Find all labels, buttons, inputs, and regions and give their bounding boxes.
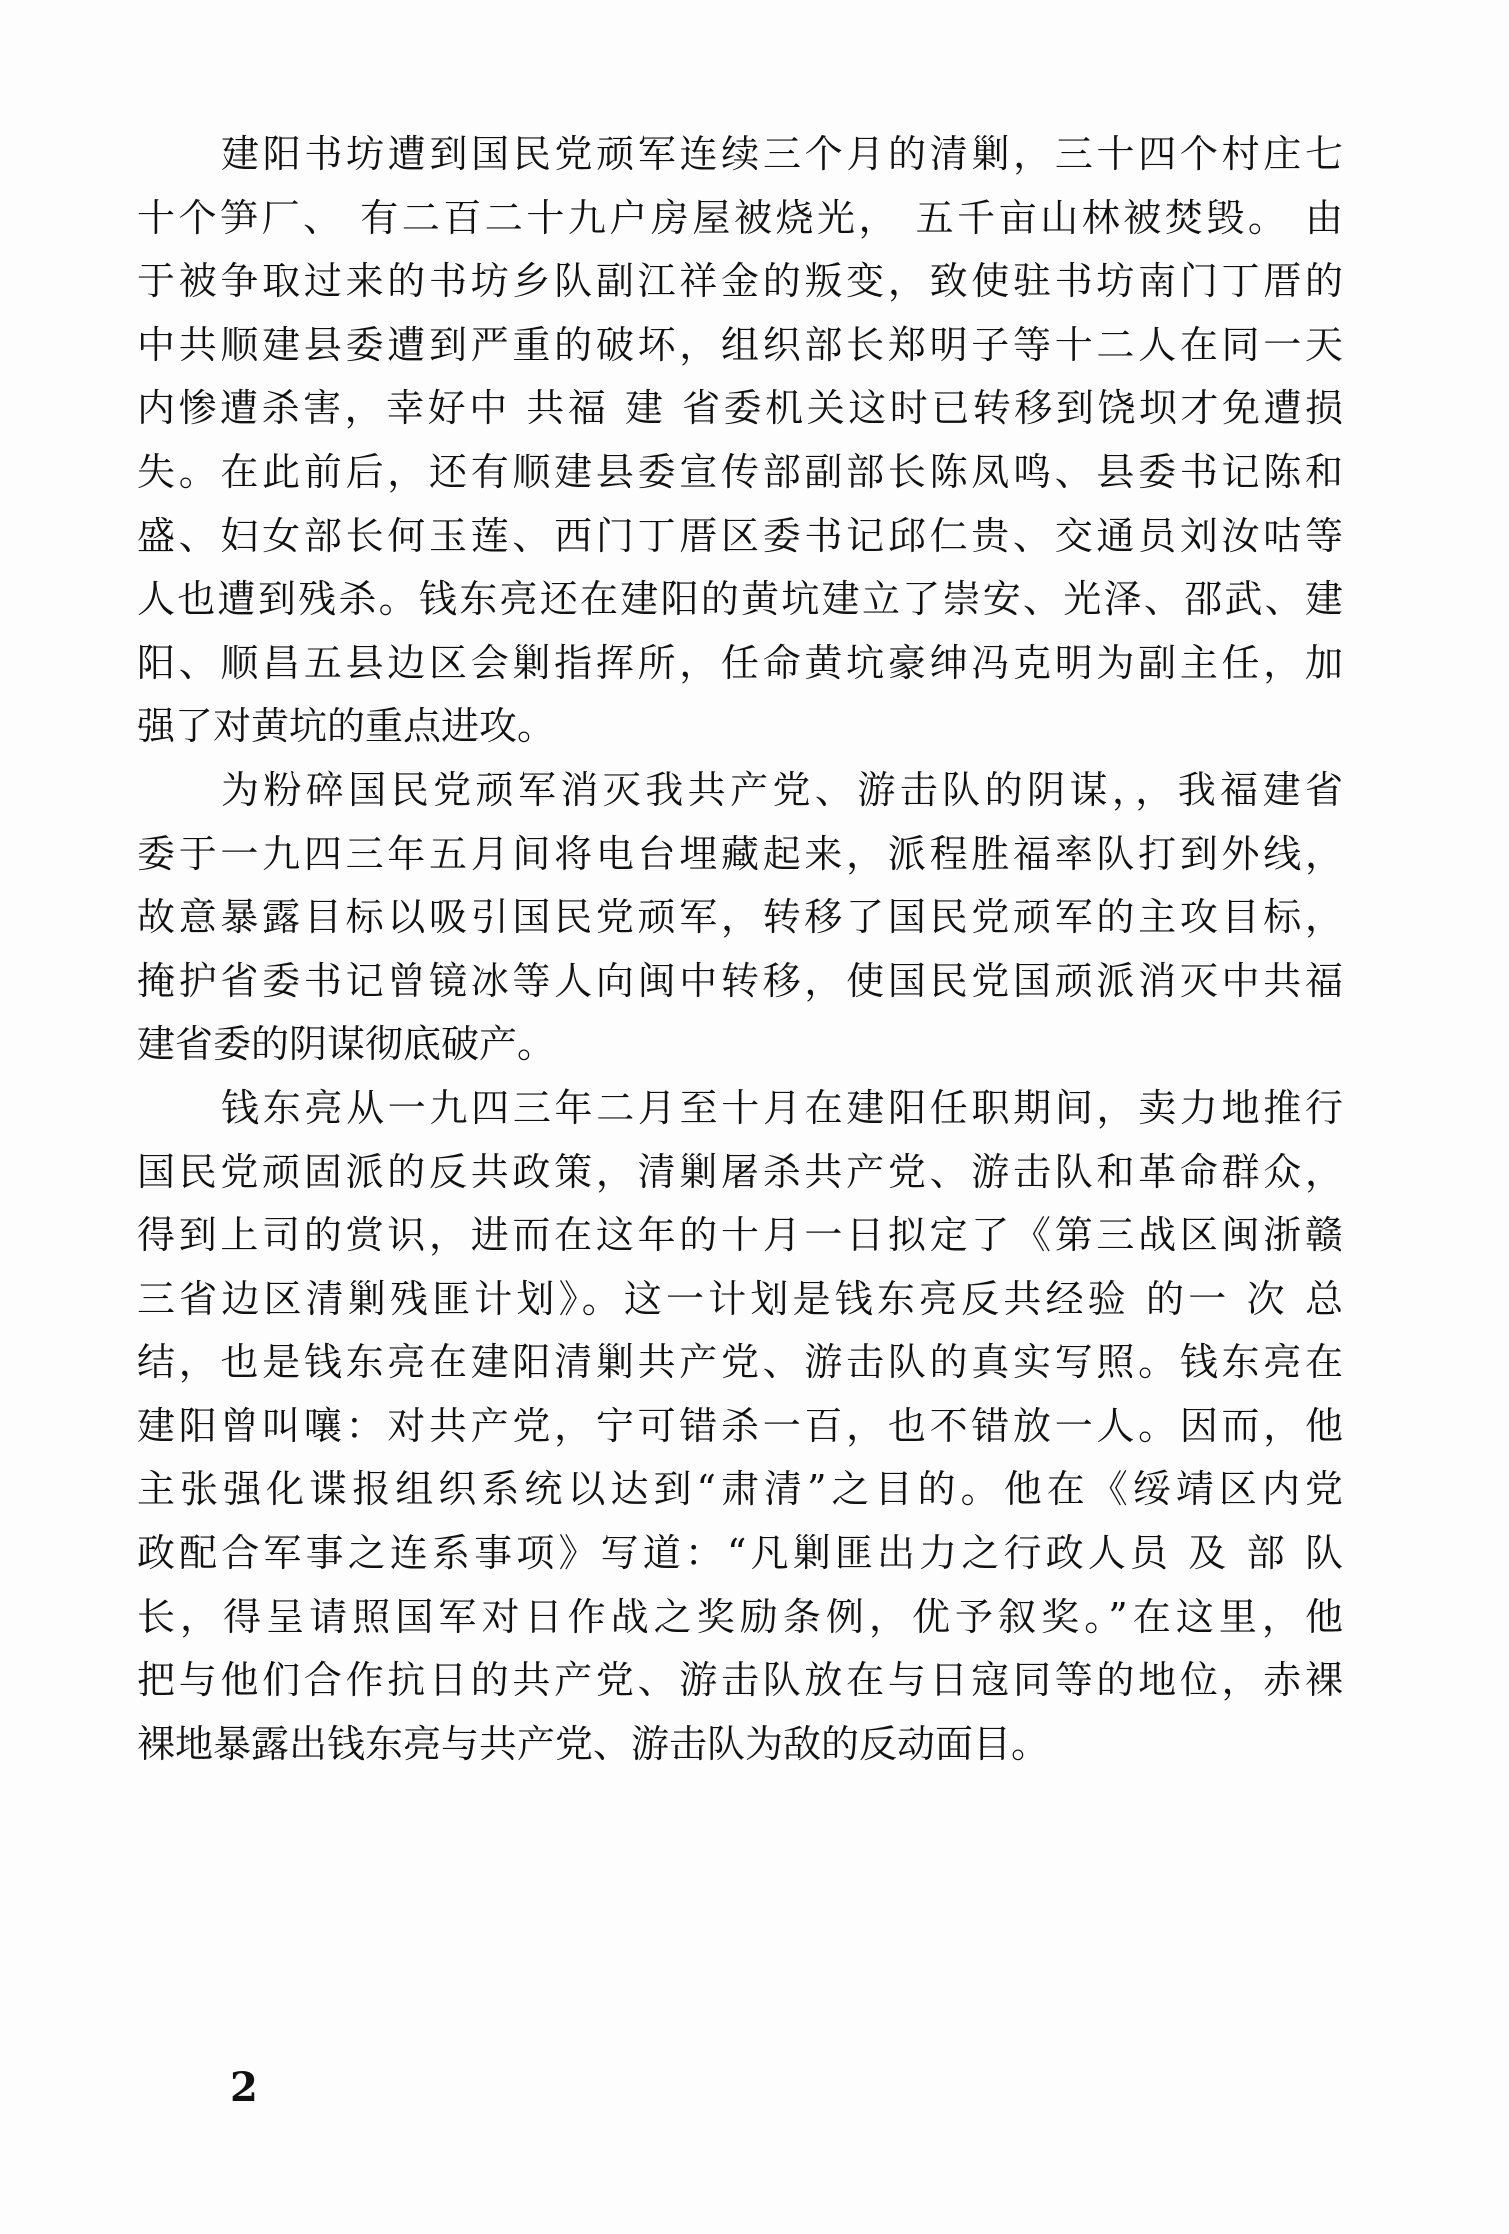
text-line: 建省委的阴谋彻底破产。 [137, 1018, 1343, 1082]
paragraph-1: 建阳书坊遭到国民党顽军连续三个月的清剿，三十四个村庄七 十个笋厂、 有二百二十九… [137, 128, 1343, 764]
text-line: 人也遭到残杀。钱东亮还在建阳的黄坑建立了崇安、光泽、邵武、建 [137, 573, 1343, 637]
text-line: 把与他们合作抗日的共产党、游击队放在与日寇同等的地位，赤裸 [137, 1654, 1343, 1718]
text-line: 盛、妇女部长何玉莲、西门丁厝区委书记邱仁贵、交通员刘汝咕等 [137, 510, 1343, 574]
text-line: 钱东亮从一九四三年二月至十月在建阳任职期间，卖力地推行 [137, 1082, 1343, 1146]
text-line: 国民党顽固派的反共政策，清剿屠杀共产党、游击队和革命群众， [137, 1146, 1343, 1210]
text-line: 阳、顺昌五县边区会剿指挥所，任命黄坑豪绅冯克明为副主任，加 [137, 637, 1343, 701]
text-line: 裸地暴露出钱东亮与共产党、游击队为敌的反动面目。 [137, 1718, 1343, 1782]
text-line: 三省边区清剿残匪计划》。这一计划是钱东亮反共经验 的一 次 总 [137, 1273, 1343, 1337]
text-line: 委于一九四三年五月间将电台埋藏起来，派程胜福率队打到外线， [137, 828, 1343, 892]
text-line: 十个笋厂、 有二百二十九户房屋被烧光， 五千亩山林被焚毁。 由 [137, 192, 1343, 256]
text-line: 强了对黄坑的重点进攻。 [137, 700, 1343, 764]
text-line: 为粉碎国民党顽军消灭我共产党、游击队的阴谋，，我福建省 [137, 764, 1343, 828]
text-line: 建阳书坊遭到国民党顽军连续三个月的清剿，三十四个村庄七 [137, 128, 1343, 192]
text-line: 结，也是钱东亮在建阳清剿共产党、游击队的真实写照。钱东亮在 [137, 1336, 1343, 1400]
text-line: 建阳曾叫嚷：对共产党，宁可错杀一百，也不错放一人。因而，他 [137, 1400, 1343, 1464]
body-text: 建阳书坊遭到国民党顽军连续三个月的清剿，三十四个村庄七 十个笋厂、 有二百二十九… [137, 128, 1343, 1781]
text-line: 于被争取过来的书坊乡队副江祥金的叛变，致使驻书坊南门丁厝的 [137, 255, 1343, 319]
text-line: 内惨遭杀害，幸好中 共福 建 省委机关这时已转移到饶坝才免遭损 [137, 382, 1343, 446]
text-line: 得到上司的赏识，进而在这年的十月一日拟定了《第三战区闽浙赣 [137, 1209, 1343, 1273]
paragraph-3: 钱东亮从一九四三年二月至十月在建阳任职期间，卖力地推行 国民党顽固派的反共政策，… [137, 1082, 1343, 1782]
text-line: 故意暴露目标以吸引国民党顽军，转移了国民党顽军的主攻目标， [137, 891, 1343, 955]
page-number: 2 [230, 2066, 258, 2110]
text-line: 主张强化谍报组织系统以达到“肃清”之目的。他在《绥靖区内党 [137, 1463, 1343, 1527]
text-line: 中共顺建县委遭到严重的破坏，组织部长郑明子等十二人在同一天 [137, 319, 1343, 383]
text-line: 政配合军事之连系事项》写道：“凡剿匪出力之行政人员 及 部 队 [137, 1527, 1343, 1591]
paragraph-2: 为粉碎国民党顽军消灭我共产党、游击队的阴谋，，我福建省 委于一九四三年五月间将电… [137, 764, 1343, 1082]
text-line: 失。在此前后，还有顺建县委宣传部副部长陈凤鸣、县委书记陈和 [137, 446, 1343, 510]
text-line: 掩护省委书记曾镜冰等人向闽中转移，使国民党国顽派消灭中共福 [137, 955, 1343, 1019]
text-line: 长，得呈请照国军对日作战之奖励条例，优予叙奖。”在这里，他 [137, 1591, 1343, 1655]
document-page: 建阳书坊遭到国民党顽军连续三个月的清剿，三十四个村庄七 十个笋厂、 有二百二十九… [0, 0, 1509, 2234]
